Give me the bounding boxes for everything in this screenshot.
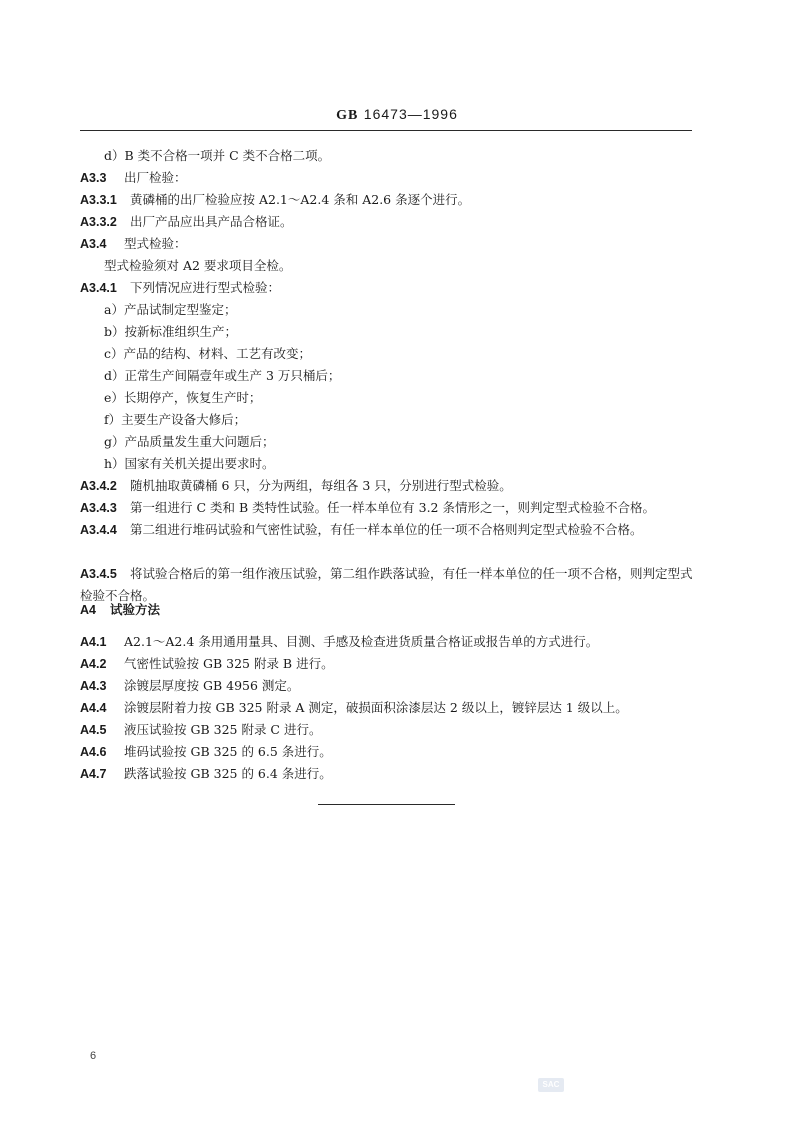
clause-a4-2: A4.2气密性试验按 GB 325 附录 B 进行。 <box>80 656 334 672</box>
clause-text: 出厂产品应出具产品合格证。 <box>130 214 293 229</box>
list-item: h）国家有关机关提出要求时。 <box>104 456 275 472</box>
clause-text: 液压试验按 GB 325 附录 C 进行。 <box>124 722 321 737</box>
section-title: 试验方法 <box>110 602 160 617</box>
clause-text: 涂镀层附着力按 GB 325 附录 A 测定，破损面积涂漆层达 2 级以上，镀锌… <box>124 700 628 715</box>
clause-text: 随机抽取黄磷桶 6 只，分为两组，每组各 3 只，分别进行型式检验。 <box>130 478 512 493</box>
clause-number: A3.3.2 <box>80 214 130 230</box>
clause-number: A3.3 <box>80 170 124 186</box>
clause-number: A3.4 <box>80 236 124 252</box>
clause-text: 型式检验： <box>124 236 187 251</box>
clause-number: A3.4.5 <box>80 563 130 585</box>
list-item: g）产品质量发生重大问题后； <box>104 434 275 450</box>
list-item: b）按新标准组织生产； <box>104 324 237 340</box>
clause-number: A4.1 <box>80 634 124 650</box>
clause-a3-4-1: A3.4.1下列情况应进行型式检验： <box>80 280 280 296</box>
clause-text: A2.1～A2.4 条用通用量具、目测、手感及检查进货质量合格证或报告单的方式进… <box>124 634 598 649</box>
clause-a3-3-2: A3.3.2出厂产品应出具产品合格证。 <box>80 214 293 230</box>
clause-number: A3.3.1 <box>80 192 130 208</box>
clause-text: 涂镀层厚度按 GB 4956 测定。 <box>124 678 299 693</box>
section-heading-a4: A4试验方法 <box>80 602 160 618</box>
clause-text: 黄磷桶的出厂检验应按 A2.1～A2.4 条和 A2.6 条逐个进行。 <box>130 192 470 207</box>
clause-a3-4: A3.4型式检验： <box>80 236 187 252</box>
clause-a4-4: A4.4涂镀层附着力按 GB 325 附录 A 测定，破损面积涂漆层达 2 级以… <box>80 700 628 716</box>
clause-number: A3.4.4 <box>80 519 130 541</box>
clause-number: A4.5 <box>80 722 124 738</box>
clause-text: 堆码试验按 GB 325 的 6.5 条进行。 <box>124 744 332 759</box>
clause-number: A3.4.2 <box>80 478 130 494</box>
list-item: f）主要生产设备大修后； <box>104 412 246 428</box>
section-number: A4 <box>80 602 110 618</box>
clause-a3-4-note: 型式检验须对 A2 要求项目全检。 <box>104 258 291 274</box>
clause-text: 第二组进行堆码试验和气密性试验，有任一样本单位的任一项不合格则判定型式检验不合格… <box>130 522 643 537</box>
clause-number: A4.6 <box>80 744 124 760</box>
clause-a4-6: A4.6堆码试验按 GB 325 的 6.5 条进行。 <box>80 744 332 760</box>
clause-number: A4.3 <box>80 678 124 694</box>
clause-number: A4.4 <box>80 700 124 716</box>
clause-text: 跌落试验按 GB 325 的 6.4 条进行。 <box>124 766 332 781</box>
document-header: GB 16473—1996 <box>0 106 794 124</box>
clause-number: A3.4.1 <box>80 280 130 296</box>
clause-a3-4-2: A3.4.2随机抽取黄磷桶 6 只，分为两组，每组各 3 只，分别进行型式检验。 <box>80 478 512 494</box>
list-item: d）正常生产间隔壹年或生产 3 万只桶后； <box>104 368 340 384</box>
list-item-d: d）B 类不合格一项并 C 类不合格二项。 <box>104 148 330 164</box>
clause-number: A4.7 <box>80 766 124 782</box>
end-of-document-rule <box>318 804 455 805</box>
list-item: c）产品的结构、材料、工艺有改变； <box>104 346 311 362</box>
sac-watermark-logo: SAC <box>538 1078 564 1092</box>
header-divider <box>80 130 692 131</box>
standard-prefix: GB <box>336 108 358 123</box>
clause-text: 第一组进行 C 类和 B 类特性试验。任一样本单位有 3.2 条情形之一，则判定… <box>130 500 655 515</box>
clause-a3-4-3: A3.4.3第一组进行 C 类和 B 类特性试验。任一样本单位有 3.2 条情形… <box>80 500 655 516</box>
page-number: 6 <box>90 1050 96 1062</box>
clause-text: 下列情况应进行型式检验： <box>130 280 280 295</box>
clause-a4-5: A4.5液压试验按 GB 325 附录 C 进行。 <box>80 722 321 738</box>
list-item: a）产品试制定型鉴定； <box>104 302 236 318</box>
standard-number: 16473—1996 <box>364 106 458 122</box>
clause-a3-3: A3.3出厂检验： <box>80 170 187 186</box>
clause-text: 出厂检验： <box>124 170 187 185</box>
clause-text: 将试验合格后的第一组作液压试验，第二组作跌落试验，有任一样本单位的任一项不合格，… <box>80 566 693 603</box>
clause-a4-7: A4.7跌落试验按 GB 325 的 6.4 条进行。 <box>80 766 332 782</box>
list-item: e）长期停产，恢复生产时； <box>104 390 261 406</box>
clause-a3-4-4: A3.4.4第二组进行堆码试验和气密性试验，有任一样本单位的任一项不合格则判定型… <box>80 519 694 541</box>
clause-number: A3.4.3 <box>80 500 130 516</box>
clause-number: A4.2 <box>80 656 124 672</box>
clause-a3-4-5: A3.4.5将试验合格后的第一组作液压试验，第二组作跌落试验，有任一样本单位的任… <box>80 563 694 607</box>
clause-a3-3-1: A3.3.1黄磷桶的出厂检验应按 A2.1～A2.4 条和 A2.6 条逐个进行… <box>80 192 470 208</box>
clause-a4-3: A4.3涂镀层厚度按 GB 4956 测定。 <box>80 678 299 694</box>
clause-text: 气密性试验按 GB 325 附录 B 进行。 <box>124 656 334 671</box>
clause-a4-1: A4.1A2.1～A2.4 条用通用量具、目测、手感及检查进货质量合格证或报告单… <box>80 634 598 650</box>
